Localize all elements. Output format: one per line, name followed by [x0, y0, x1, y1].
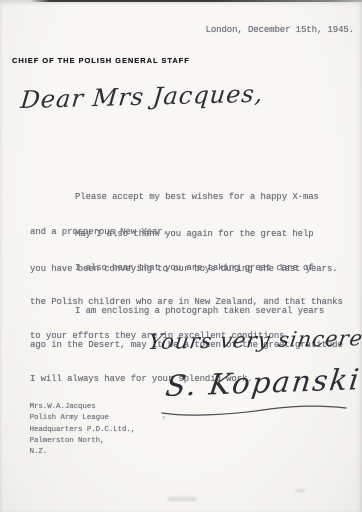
- address-line: Mrs.W.A.Jacques: [30, 403, 96, 411]
- scan-smudge: [168, 497, 196, 501]
- letter-scan-page: London, December 15th, 1945. CHIEF OF TH…: [0, 0, 362, 512]
- date-line: London, December 15th, 1945.: [206, 25, 354, 37]
- scan-edge-artifact: [30, 0, 362, 2]
- typed-line: I am enclosing a photograph taken severa…: [30, 306, 356, 317]
- address-line: Polish Army League: [30, 414, 109, 422]
- signature-handwritten: S. Kopanski: [164, 362, 362, 403]
- typed-line: Please accept my best wishes for a happy…: [30, 192, 356, 204]
- recipient-address: Mrs.W.A.Jacques Polish Army League Headq…: [12, 391, 135, 469]
- address-line: Palmerston North,: [30, 437, 105, 445]
- address-line: Headquarters P.D.C.Ltd.,: [30, 426, 136, 434]
- closing-handwritten: Yours very sincerely: [147, 326, 362, 354]
- address-line: N.Z.: [30, 448, 48, 456]
- signature-flourish: [160, 400, 350, 418]
- typed-line: I also hear that you are taking great ca…: [30, 263, 356, 274]
- scan-smudge: [296, 489, 305, 492]
- letterhead-title: CHIEF OF THE POLISH GENERAL STAFF: [12, 56, 190, 65]
